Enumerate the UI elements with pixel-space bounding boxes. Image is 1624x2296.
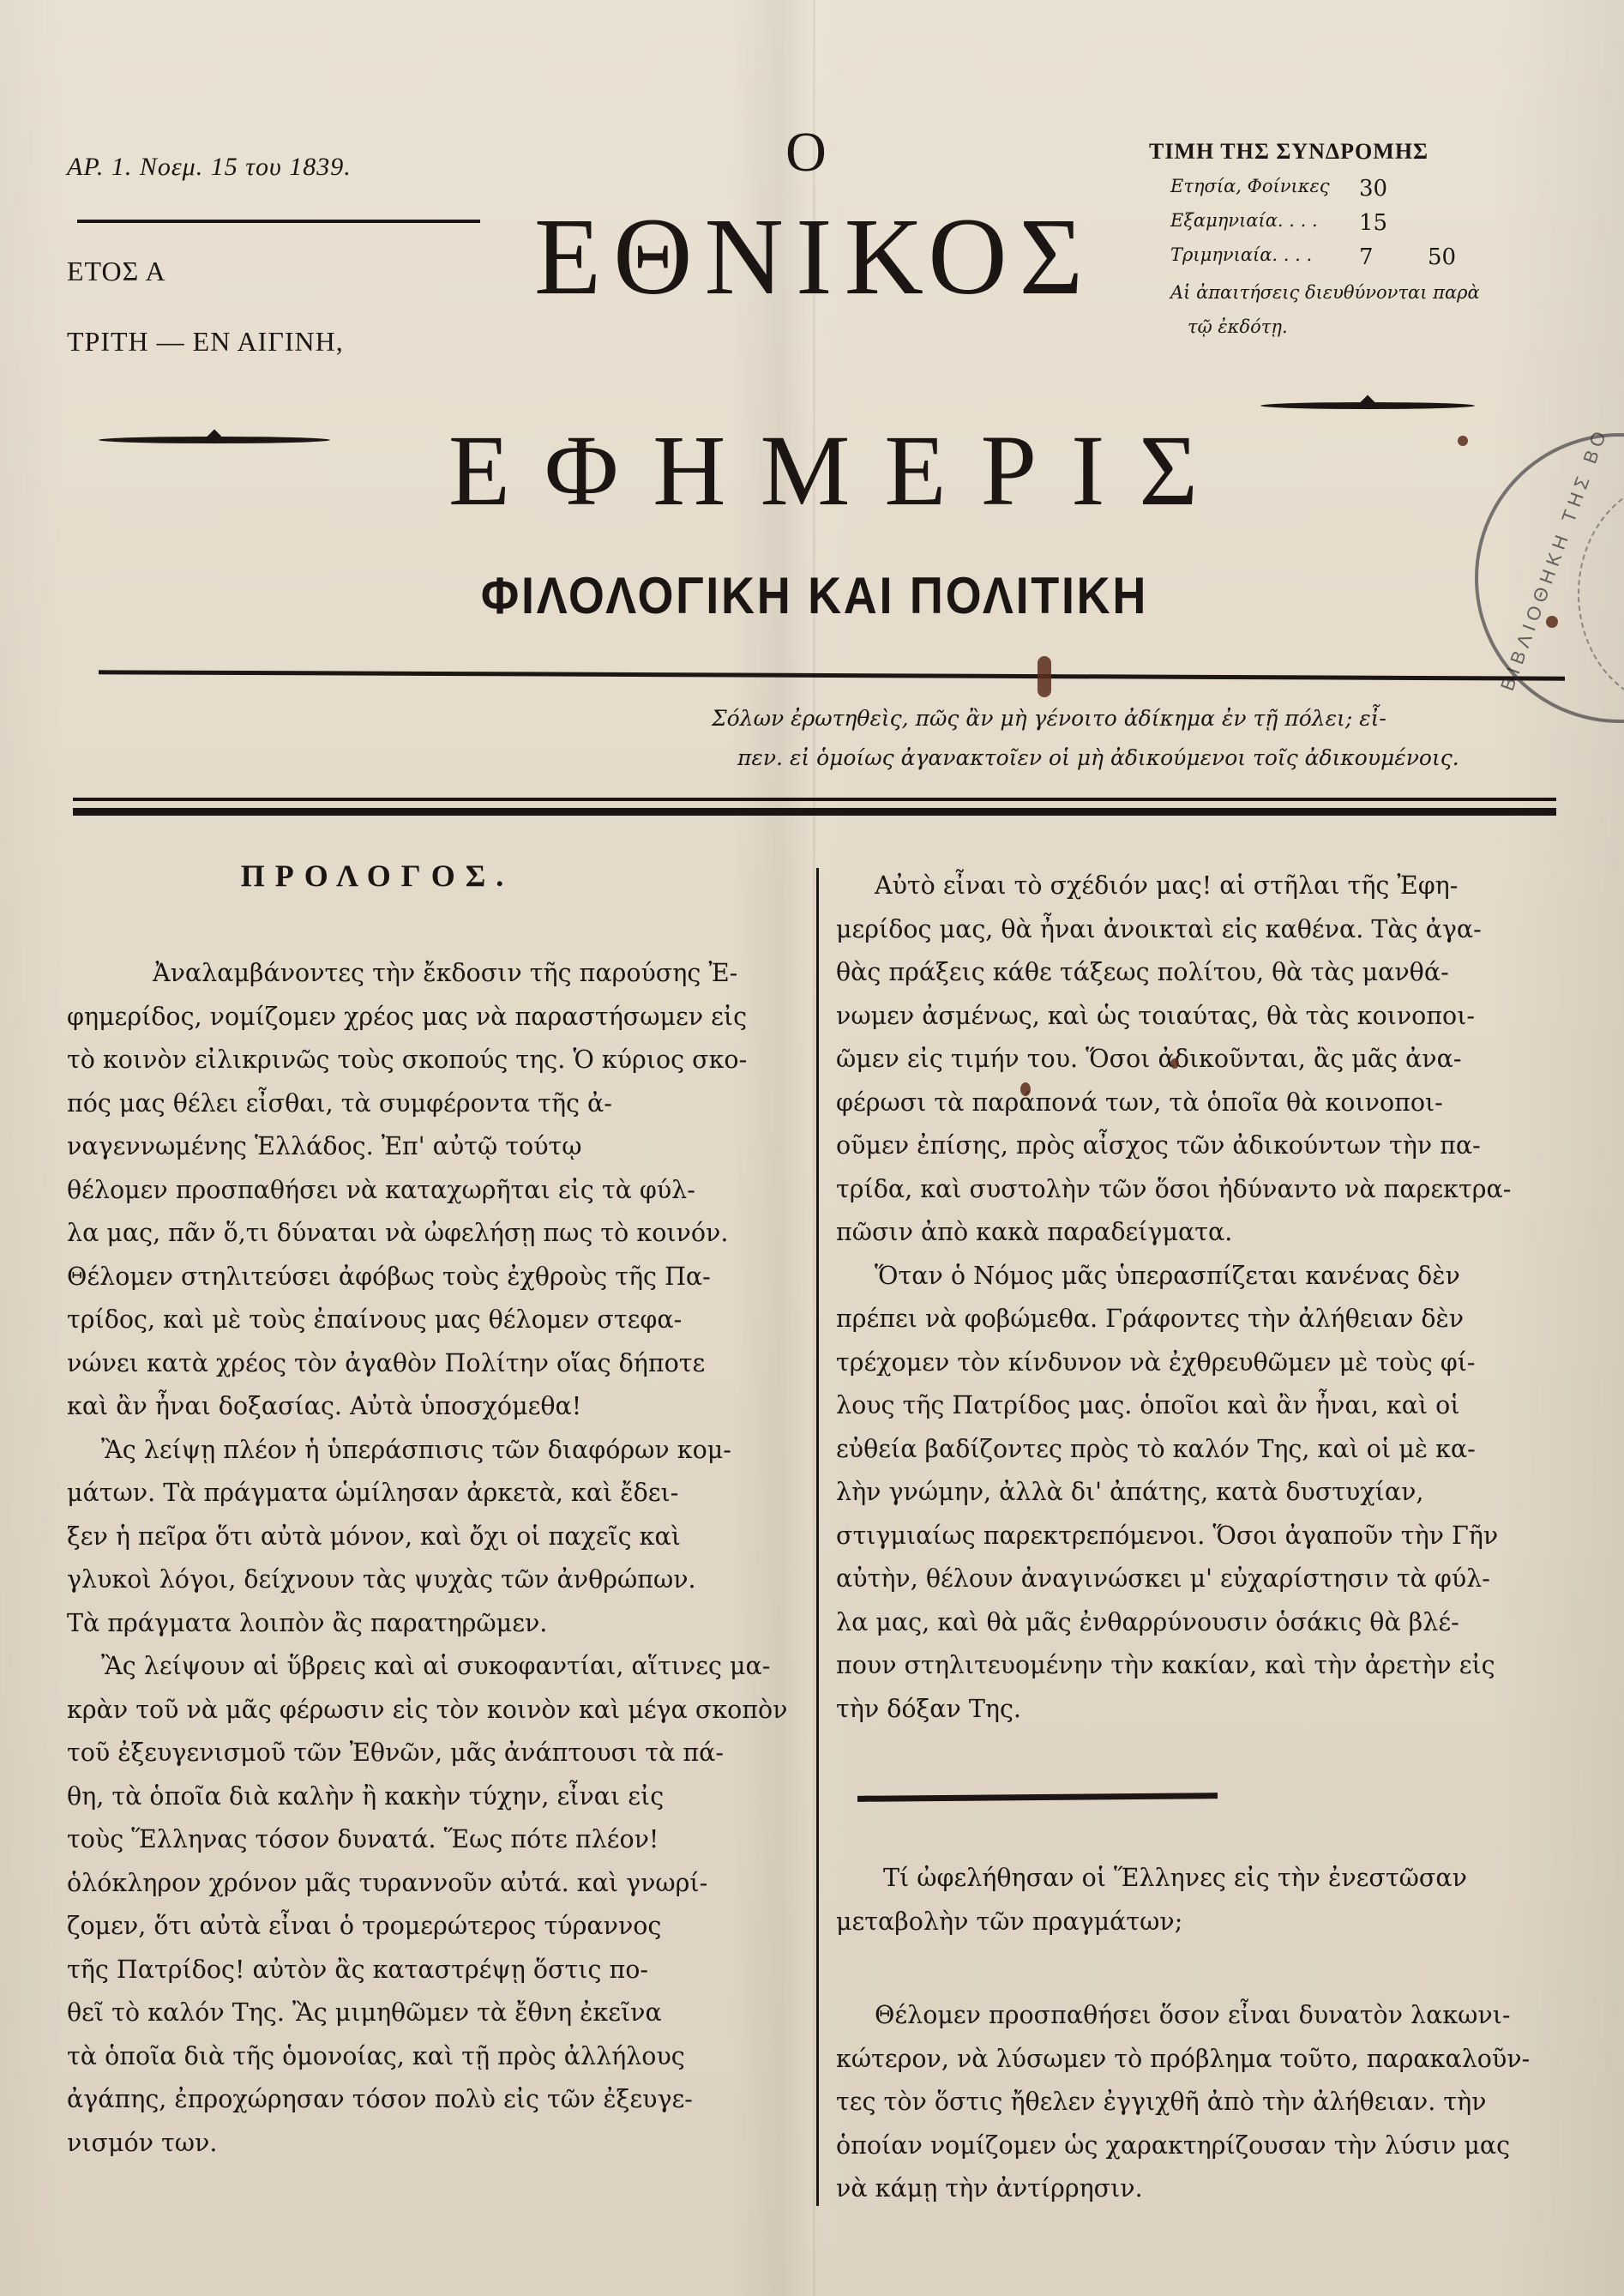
- text-line: ῶμεν εἰς τιμήν του. Ὅσοι ἀδικοῦνται, ἂς …: [836, 1038, 1573, 1082]
- text-line: λα μας, πᾶν ὅ,τι δύναται νὰ ὠφελήσῃ πως …: [67, 1212, 801, 1256]
- text-line: στιγμιαίως παρεκτρεπόμενοι. Ὅσοι ἀγαποῦν…: [836, 1515, 1573, 1558]
- ornament-left: [99, 437, 330, 443]
- subscription-row: Εξαμηνιαία. . . . 15: [1170, 210, 1496, 244]
- subscription-row: Ετησία, Φοίνικες 30: [1170, 176, 1496, 210]
- text-line: Αὐτὸ εἶναι τὸ σχέδιόν μας! αἱ στῆλαι τῆς…: [836, 865, 1573, 908]
- text-line: πός μας θέλει εἶσθαι, τὰ συμφέροντα τῆς …: [67, 1082, 801, 1126]
- subscription-note: τῷ ἐκδότῃ.: [1170, 316, 1496, 351]
- text-line: ζομεν, ὅτι αὐτὰ εἶναι ὁ τρομερώτερος τύρ…: [67, 1905, 801, 1949]
- text-line: ὁλόκληρον χρόνον μᾶς τυραννοῦν αὐτά. καὶ…: [67, 1862, 801, 1906]
- text-line: λὴν γνώμην, ἀλλὰ δι' ἀπάτης, κατὰ δυστυχ…: [836, 1471, 1573, 1515]
- text-line: κώτερον, νὰ λύσωμεν τὸ πρόβλημα τοῦτο, π…: [836, 2038, 1573, 2082]
- text-line: γλυκοὶ λόγοι, δείχνουν τὰς ψυχὰς τῶν ἀνθ…: [67, 1558, 801, 1602]
- masthead-tagline: ΦΙΛΟΛΟΓΙΚΗ ΚΑΙ ΠΟΛΙΤΙΚΗ: [313, 566, 1316, 625]
- text-line: Ἂς λείψουν αἱ ὕβρεις καὶ αἱ συκοφαντίαι,…: [67, 1645, 801, 1689]
- subscription-cents: [1428, 210, 1496, 244]
- text-line: τρίδα, καὶ συστολὴν τῶν ὅσοι ἠδύναντο νὰ…: [836, 1168, 1573, 1212]
- text-line: Ὅταν ὁ Νόμος μᾶς ὑπερασπίζεται κανένας δ…: [836, 1255, 1573, 1299]
- day-place: ΤΡΙΤΗ — ΕΝ ΑΙΓΙΝΗ,: [67, 326, 344, 358]
- text-line: Θέλομεν στηλιτεύσει ἀφόβως τοὺς ἐχθροὺς …: [67, 1256, 801, 1299]
- epigraph-line: Σόλων ἐρωτηθεὶς, πῶς ἂν μὴ γένοιτο ἀδίκη…: [712, 699, 1569, 738]
- text-line: θη, τὰ ὁποῖα διὰ καλὴν ἢ κακὴν τύχην, εἶ…: [67, 1775, 801, 1819]
- ink-stain: [1038, 656, 1051, 697]
- text-line: λα μας, καὶ θὰ μᾶς ἐνθαρρύνουσιν ὁσάκις …: [836, 1601, 1573, 1645]
- article-heading-prologue: ΠΡΟΛΟΓΟΣ.: [171, 858, 583, 894]
- ink-spot: [1546, 616, 1558, 628]
- subscription-cents: 50: [1428, 244, 1496, 282]
- subscription-title: ΤΙΜΗ ΤΗΣ ΣΥΝΔΡΟΜΗΣ: [1149, 139, 1429, 165]
- text-line: τῆς Πατρίδος! αὐτὸν ἂς καταστρέψῃ ὅστις …: [67, 1949, 801, 1992]
- subscription-amount: 7: [1359, 244, 1428, 282]
- section-rule-thin: [73, 798, 1556, 801]
- text-line: θέλομεν προσπαθήσει νὰ καταχωρῆται εἰς τ…: [67, 1169, 801, 1213]
- text-line: μερίδος μας, θὰ ἦναι ἀνοικταὶ εἰς καθένα…: [836, 908, 1573, 952]
- left-column-text: Ἀναλαμβάνοντες τὴν ἔκδοσιν τῆς παρούσης …: [67, 952, 801, 2165]
- subscription-row: Τριμηνιαία. . . . 7 50: [1170, 244, 1496, 282]
- year-label: ΕΤΟΣ Α: [67, 256, 166, 287]
- text-line: τὰ ὁποῖα διὰ τῆς ὁμονοίας, καὶ τῇ πρὸς ἀ…: [67, 2035, 801, 2079]
- section-rule-thick: [73, 808, 1556, 816]
- text-line: εὐθεία βαδίζοντες πρὸς τὸ καλόν Της, καὶ…: [836, 1428, 1573, 1472]
- masthead-title: ΕΘΝΙΚΟΣ: [480, 202, 1149, 311]
- right-column-text: Αὐτὸ εἶναι τὸ σχέδιόν μας! αἱ στῆλαι τῆς…: [836, 865, 1573, 1731]
- section-separator: [857, 1793, 1218, 1802]
- text-line: τρέχομεν τὸν κίνδυνον νὰ ἐχθρευθῶμεν μὲ …: [836, 1341, 1573, 1385]
- text-line: τρίδος, καὶ μὲ τοὺς ἐπαίνους μας θέλομεν…: [67, 1299, 801, 1342]
- text-line: φέρωσι τὰ παράπονά των, τὰ ὁποῖα θὰ κοιν…: [836, 1082, 1573, 1125]
- text-line: αὐτὴν, θέλουν ἀναγινώσκει μ' εὐχαρίστησι…: [836, 1558, 1573, 1601]
- ink-spot: [1170, 1058, 1179, 1069]
- text-line: κρὰν τοῦ νὰ μᾶς φέρωσιν εἰς τὸν κοινὸν κ…: [67, 1689, 801, 1733]
- paper-fold: [813, 0, 815, 2296]
- subscription-label: Ετησία, Φοίνικες: [1170, 176, 1359, 210]
- text-line: τὴν δόξαν Της.: [836, 1688, 1573, 1732]
- answer-text: Θέλομεν προσπαθήσει ὅσον εἶναι δυνατὸν λ…: [836, 1994, 1573, 2211]
- text-line: λους τῆς Πατρίδος μας. ὁποῖοι καὶ ἂν ἦνα…: [836, 1384, 1573, 1428]
- ornament-right: [1260, 402, 1475, 409]
- title-article: Ο: [755, 120, 857, 185]
- text-line: φημερίδος, νομίζομεν χρέος μας νὰ παραστ…: [67, 996, 801, 1040]
- text-line: νωμεν ἀσμένως, καὶ ὡς τοιαύτας, θὰ τὰς κ…: [836, 995, 1573, 1039]
- text-line: πρέπει νὰ φοβώμεθα. Γράφοντες τὴν ἀλήθει…: [836, 1298, 1573, 1341]
- text-line: μάτων. Τὰ πράγματα ὡμίλησαν ἀρκετὰ, καὶ …: [67, 1472, 801, 1516]
- text-line: νισμόν των.: [67, 2122, 801, 2166]
- text-line: Τὰ πράγματα λοιπὸν ἂς παρατηρῶμεν.: [67, 1602, 801, 1646]
- question-heading: Τί ὠφελήθησαν οἱ Ἕλληνες εἰς τὴν ἐνεστῶσ…: [836, 1857, 1573, 1943]
- text-line: νὰ κάμῃ τὴν ἀντίρρησιν.: [836, 2167, 1573, 2211]
- text-line: Ἂς λείψῃ πλέον ἡ ὑπεράσπισις τῶν διαφόρω…: [67, 1429, 801, 1473]
- text-line: πῶσιν ἀπὸ κακὰ παραδείγματα.: [836, 1211, 1573, 1255]
- subscription-label: Τριμηνιαία. . . .: [1170, 244, 1359, 282]
- subscription-amount: 15: [1359, 210, 1428, 244]
- text-line: τὸ κοινὸν εἰλικρινῶς τοὺς σκοπούς της. Ὁ…: [67, 1039, 801, 1082]
- epigraph-line: πεν. εἰ ὁμοίως ἀγανακτοῖεν οἱ μὴ ἀδικούμ…: [712, 738, 1569, 778]
- masthead-rule: [99, 670, 1565, 680]
- text-line: Ἀναλαμβάνοντες τὴν ἔκδοσιν τῆς παρούσης …: [67, 952, 801, 996]
- text-line: ὁποίαν νομίζομεν ὡς χαρακτηρίζουσαν τὴν …: [836, 2124, 1573, 2168]
- epigraph: Σόλων ἐρωτηθεὶς, πῶς ἂν μὴ γένοιτο ἀδίκη…: [712, 699, 1569, 778]
- text-line: θεῖ τὸ καλόν Της. Ἂς μιμηθῶμεν τὰ ἔθνη ἐ…: [67, 1992, 801, 2035]
- subscription-note-line: τῷ ἐκδότῃ.: [1188, 316, 1288, 351]
- subscription-note-line: Αἱ ἀπαιτήσεις διευθύνονται παρὰ: [1170, 282, 1480, 316]
- text-line: ξεν ἡ πεῖρα ὅτι αὐτὰ μόνον, καὶ ὄχι οἱ π…: [67, 1516, 801, 1559]
- issue-line: ΑΡ. 1. Νοεμ. 15 του 1839.: [67, 153, 352, 182]
- question-line: Τί ὠφελήθησαν οἱ Ἕλληνες εἰς τὴν ἐνεστῶσ…: [836, 1857, 1573, 1901]
- question-line: μεταβολὴν τῶν πραγμάτων;: [836, 1901, 1573, 1944]
- column-divider: [816, 868, 819, 2206]
- text-line: τες τὸν ὅστις ἤθελεν ἐγγιχθῆ ἀπὸ τὴν ἀλή…: [836, 2081, 1573, 2124]
- text-line: τοὺς Ἕλληνας τόσον δυνατά. Ἕως πότε πλέο…: [67, 1818, 801, 1862]
- text-line: οῦμεν ἐπίσης, πρὸς αἶσχος τῶν ἀδικούντων…: [836, 1124, 1573, 1168]
- ink-spot: [1458, 436, 1468, 446]
- text-line: καὶ ἂν ἦναι δοξασίας. Αὐτὰ ὑποσχόμεθα!: [67, 1385, 801, 1429]
- header-rule-left: [77, 220, 480, 223]
- text-line: ἀγάπης, ἐπροχώρησαν τόσον πολὺ εἰς τῶν ἐ…: [67, 2078, 801, 2122]
- text-line: τοῦ ἐξευγενισμοῦ τῶν Ἐθνῶν, μᾶς ἀνάπτουσ…: [67, 1732, 801, 1775]
- text-line: νώνει κατὰ χρέος τὸν ἀγαθὸν Πολίτην οἵας…: [67, 1342, 801, 1386]
- ink-spot: [1020, 1082, 1031, 1096]
- subscription-table: Ετησία, Φοίνικες 30 Εξαμηνιαία. . . . 15…: [1170, 176, 1496, 351]
- newspaper-page: ΑΡ. 1. Νοεμ. 15 του 1839. ΕΤΟΣ Α ΤΡΙΤΗ —…: [0, 0, 1624, 2296]
- text-line: θὰς πράξεις κάθε τάξεως πολίτου, θὰ τὰς …: [836, 951, 1573, 995]
- text-line: πουν στηλιτευομένην τὴν κακίαν, καὶ τὴν …: [836, 1644, 1573, 1688]
- subscription-label: Εξαμηνιαία. . . .: [1170, 210, 1359, 244]
- subscription-cents: [1428, 176, 1496, 210]
- masthead-subtitle-ephemeris: ΕΦΗΜΕΡΙΣ: [369, 420, 1312, 521]
- subscription-note: Αἱ ἀπαιτήσεις διευθύνονται παρὰ: [1170, 282, 1496, 316]
- text-line: Θέλομεν προσπαθήσει ὅσον εἶναι δυνατὸν λ…: [836, 1994, 1573, 2038]
- subscription-amount: 30: [1359, 176, 1428, 210]
- text-line: ναγεννωμένης Ἑλλάδος. Ἐπ' αὐτῷ τούτῳ: [67, 1125, 801, 1169]
